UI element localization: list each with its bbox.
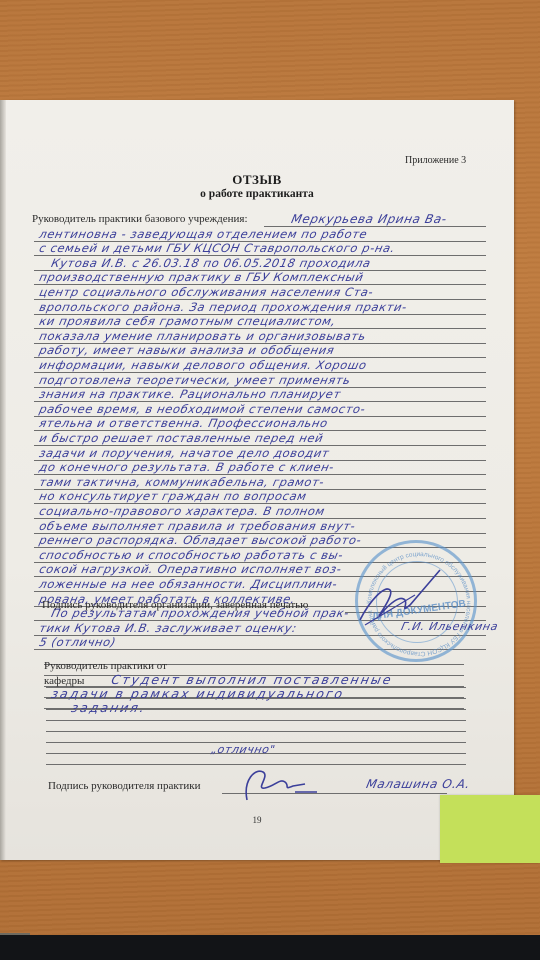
review-line: задачи и поручения, начатое дело доводит: [38, 446, 331, 460]
review-line: Меркурьева Ирина Ва-: [290, 212, 448, 226]
page-number: 19: [0, 815, 514, 825]
dept-rule-line: [46, 731, 466, 732]
dept-rule-line: [46, 720, 466, 721]
review-line: Кутова И.В. с 26.03.18 по 06.05.2018 про…: [50, 256, 372, 270]
supervisor-name: Малашина О.А.: [365, 777, 472, 791]
org-signature-label: Подпись руководителя организации, завере…: [42, 599, 308, 611]
review-line: объеме выполняет правила и требования вн…: [38, 519, 357, 533]
document-subtitle: о работе практиканта: [0, 188, 514, 200]
review-line: информации, навыки делового общения. Хор…: [38, 358, 368, 372]
review-line: тами тактична, коммуникабельна, грамот-: [38, 475, 326, 489]
dept-rule-line: [46, 709, 466, 710]
review-line: производственную практику в ГБУ Комплекс…: [38, 270, 365, 284]
review-line: и быстро решает поставленные перед ней: [38, 431, 325, 445]
review-document-page: Приложение 3 ОТЗЫВ о работе практиканта …: [0, 100, 514, 860]
dept-rule-line: [46, 698, 466, 699]
review-line: социально-правового характера. В полном: [38, 504, 326, 518]
review-line: ки проявила себя грамотным специалистом,: [38, 314, 337, 328]
sticky-note: [440, 795, 540, 863]
review-line: тики Кутова И.В. заслуживает оценку:: [38, 621, 298, 635]
review-line: показала умение планировать и организовы…: [38, 329, 367, 343]
dept-review-line: задания.: [70, 700, 148, 715]
review-line: подготовлена теоретически, умеет применя…: [38, 373, 352, 387]
review-line: вропольского района. За период прохожден…: [38, 300, 408, 314]
paper-edge-shadow: [0, 100, 6, 860]
review-line: с семьей и детьми ГБУ КЦСОН Ставропольск…: [38, 241, 397, 255]
review-line: рабочее время, в необходимой степени сам…: [38, 402, 367, 416]
supervisor-signature-label: Подпись руководителя практики: [48, 780, 200, 792]
supervisor-signature: [235, 760, 325, 805]
review-line: знания на практике. Рационально планируе…: [38, 387, 342, 401]
base-supervisor-label: Руководитель практики базового учреждени…: [32, 213, 248, 225]
dept-grade: „отлично": [210, 743, 277, 756]
dept-supervisor-label: Руководитель практики от: [44, 660, 167, 672]
org-director-name: Г.И. Ильенкина: [400, 620, 499, 633]
review-line: 5 (отлично): [38, 635, 117, 649]
review-line: реннего распорядка. Обладает высокой раб…: [38, 533, 363, 547]
review-line: сокой нагрузкой. Оперативно исполняет во…: [38, 562, 343, 576]
review-line: ятельна и ответственна. Профессионально: [38, 416, 329, 430]
dept-rule-line: [46, 687, 466, 688]
document-title: ОТЗЫВ: [0, 172, 514, 188]
review-line: до конечного результата. В работе с клие…: [38, 460, 336, 474]
review-line: ложенные на нее обязанности. Дисциплини-: [38, 577, 339, 591]
review-line: но консультирует граждан по вопросам: [38, 489, 308, 503]
review-line: способностью и способностью работать с в…: [38, 548, 345, 562]
appendix-label: Приложение 3: [405, 155, 466, 166]
floor-shadow: [0, 935, 540, 960]
review-line: лентиновна - заведующая отделением по ра…: [38, 227, 369, 241]
review-line: работу, имеет навыки анализа и обобщения: [38, 343, 336, 357]
review-line: центр социального обслуживания населения…: [38, 285, 375, 299]
dept-review-line: Студент выполнил поставленные: [110, 672, 394, 687]
